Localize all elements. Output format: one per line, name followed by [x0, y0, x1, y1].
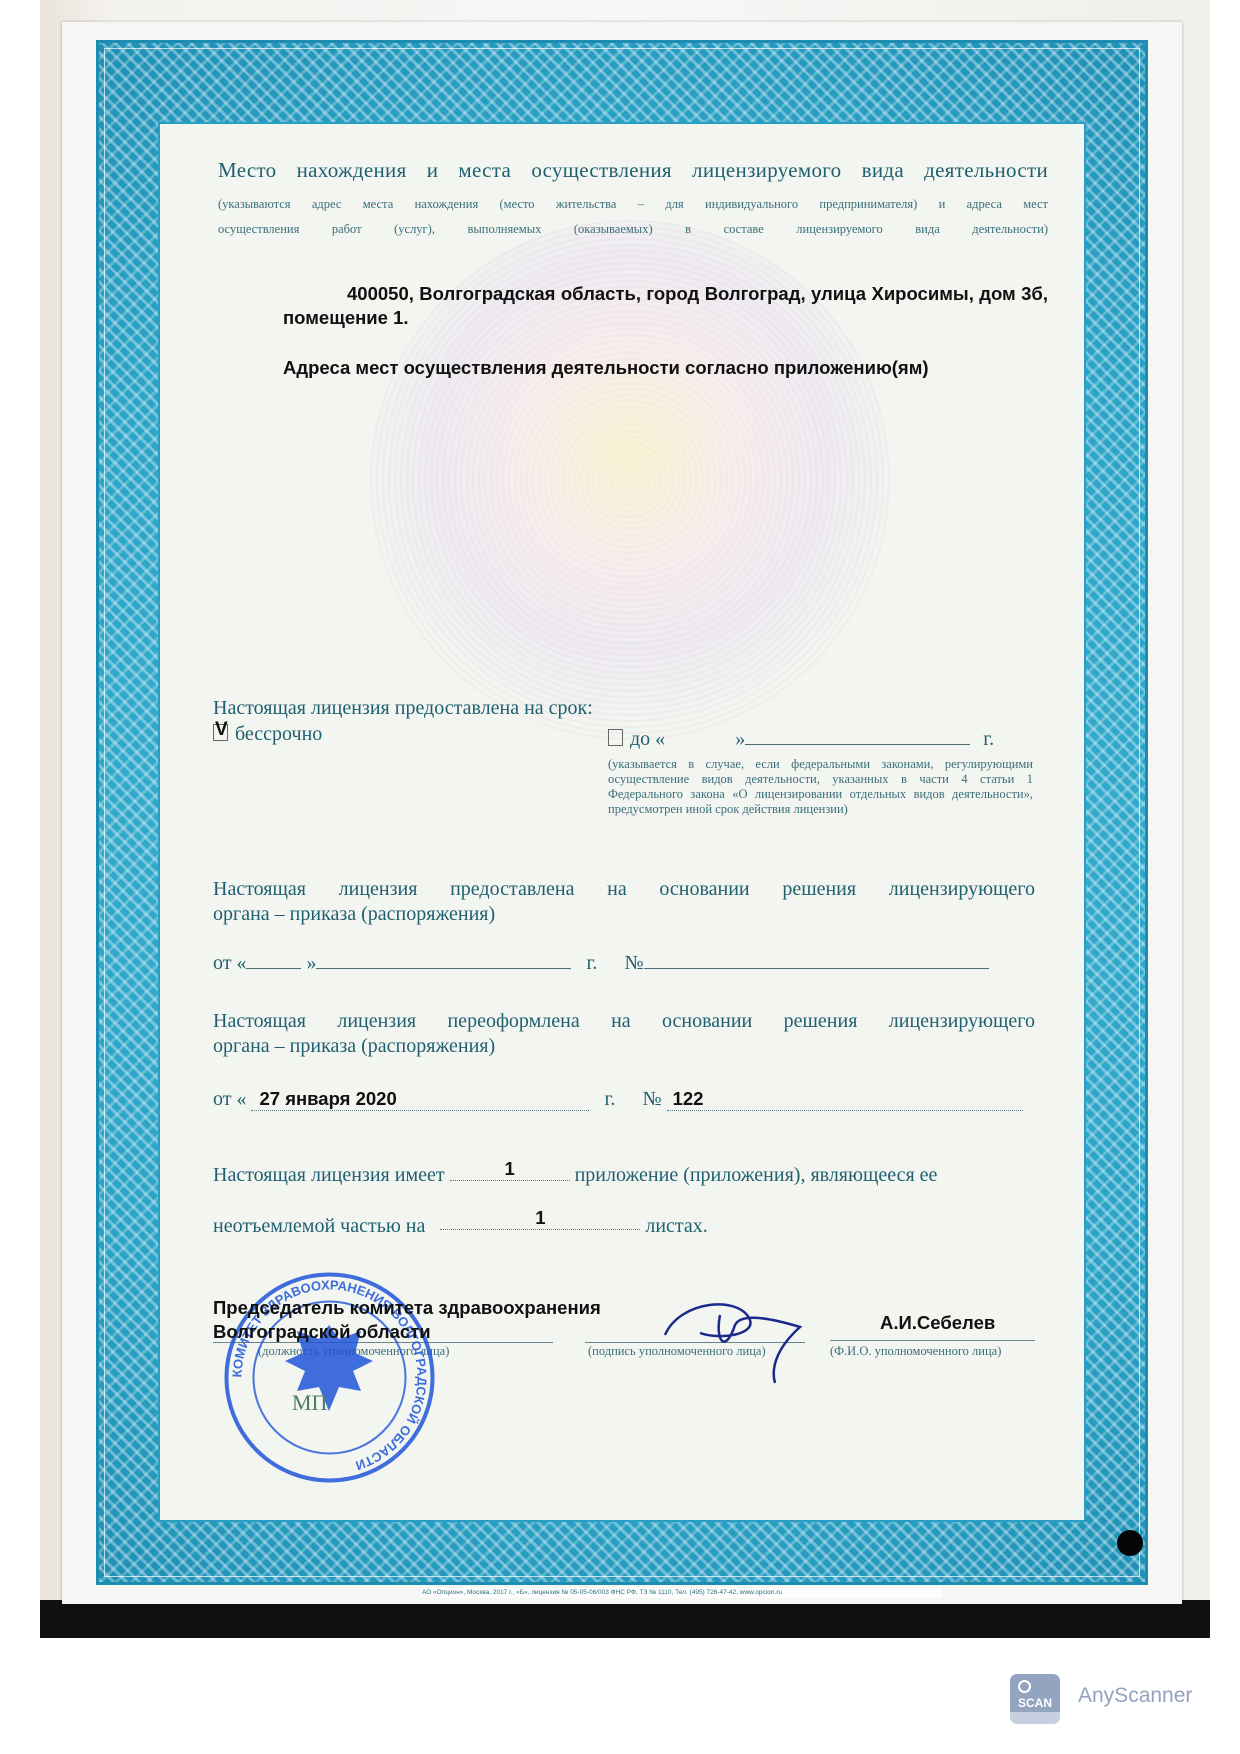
annex-prefix: Настоящая лицензия имеет	[213, 1164, 445, 1186]
granted-from-label: от «	[213, 952, 246, 974]
reissued-basis-line2: органа – приказа (распоряжения)	[213, 1035, 495, 1058]
granted-basis-line2: органа – приказа (распоряжения)	[213, 903, 495, 926]
reissued-basis-line1: Настоящая лицензия переоформлена на осно…	[213, 1010, 1035, 1033]
name-caption: (Ф.И.О. уполномоченного лица)	[830, 1344, 1001, 1359]
granted-close-quote: »	[306, 952, 316, 974]
annex-suffix: приложение (приложения), являющееся ее	[575, 1164, 938, 1186]
granted-number-label: №	[624, 952, 643, 974]
signature-icon	[660, 1295, 820, 1385]
reissued-date-value: 27 января 2020	[251, 1088, 589, 1111]
heading-note-line2: осуществления работ (услуг), выполняемых…	[218, 222, 1048, 237]
address-text: 400050, Волгоградская область, город Вол…	[283, 283, 1048, 328]
name-underline	[830, 1340, 1035, 1341]
printer-imprint: АО «Опцион», Москва, 2017 г., «Б», лицен…	[420, 1588, 942, 1598]
granted-number-blank	[644, 950, 989, 969]
sheets-prefix: неотъемлемой частью на	[213, 1215, 425, 1237]
until-year-suffix: г.	[983, 728, 994, 750]
until-date-blank	[745, 726, 970, 745]
granted-day-blank	[246, 950, 301, 969]
section-heading: Место нахождения и места осуществления л…	[218, 158, 1048, 183]
term-label: Настоящая лицензия предоставлена на срок…	[213, 697, 593, 720]
scanner-logo-text: SCAN	[1018, 1696, 1052, 1710]
unlimited-label: бессрочно	[235, 723, 322, 745]
annex-line1: Настоящая лицензия имеет 1 приложение (п…	[213, 1164, 937, 1187]
heading-note-line1: (указываются адрес места нахождения (мес…	[218, 197, 1048, 212]
sheets-suffix: листах.	[645, 1215, 707, 1237]
reissued-from-label: от «	[213, 1088, 246, 1110]
until-close-quote: »	[735, 728, 745, 750]
address-block: 400050, Волгоградская область, город Вол…	[283, 282, 1048, 330]
granted-basis-line1: Настоящая лицензия предоставлена на осно…	[213, 878, 1035, 901]
unlimited-checkbox[interactable]: V	[213, 724, 228, 741]
granted-date-blank	[316, 950, 571, 969]
scanner-app-name: AnyScanner	[1078, 1684, 1192, 1708]
sheet-count: 1	[440, 1207, 640, 1230]
granted-order-row: от « » г. №	[213, 950, 1035, 975]
punch-hole	[1117, 1530, 1143, 1556]
reissued-number-value: 122	[667, 1088, 1023, 1111]
term-note: (указывается в случае, если федеральными…	[608, 757, 1033, 817]
reissued-order-row: от « 27 января 2020 г. № 122	[213, 1088, 1035, 1111]
until-checkbox[interactable]	[608, 729, 623, 746]
term-until-row: до «» г.	[608, 726, 1038, 751]
photo-bottom-edge	[40, 1600, 1210, 1638]
until-label: до «	[630, 728, 665, 750]
stamp-mp: МП	[292, 1390, 328, 1415]
annex-line2: неотъемлемой частью на 1 листах.	[213, 1215, 708, 1238]
scanner-logo-icon: SCAN	[1010, 1674, 1060, 1724]
position-line2: Волгоградской области	[213, 1320, 601, 1344]
reissued-year-suffix: г.	[604, 1088, 615, 1110]
annex-count: 1	[450, 1158, 570, 1181]
reissued-number-label: №	[642, 1088, 661, 1110]
check-mark-icon: V	[215, 719, 228, 741]
term-unlimited-row: V бессрочно	[213, 723, 322, 746]
position-line1: Председатель комитета здравоохранения	[213, 1296, 601, 1320]
signatory-name: А.И.Себелев	[880, 1312, 995, 1334]
signatory-position: Председатель комитета здравоохранения Во…	[213, 1296, 601, 1344]
activity-addresses: Адреса мест осуществления деятельности с…	[283, 357, 929, 379]
granted-year-suffix: г.	[586, 952, 597, 974]
